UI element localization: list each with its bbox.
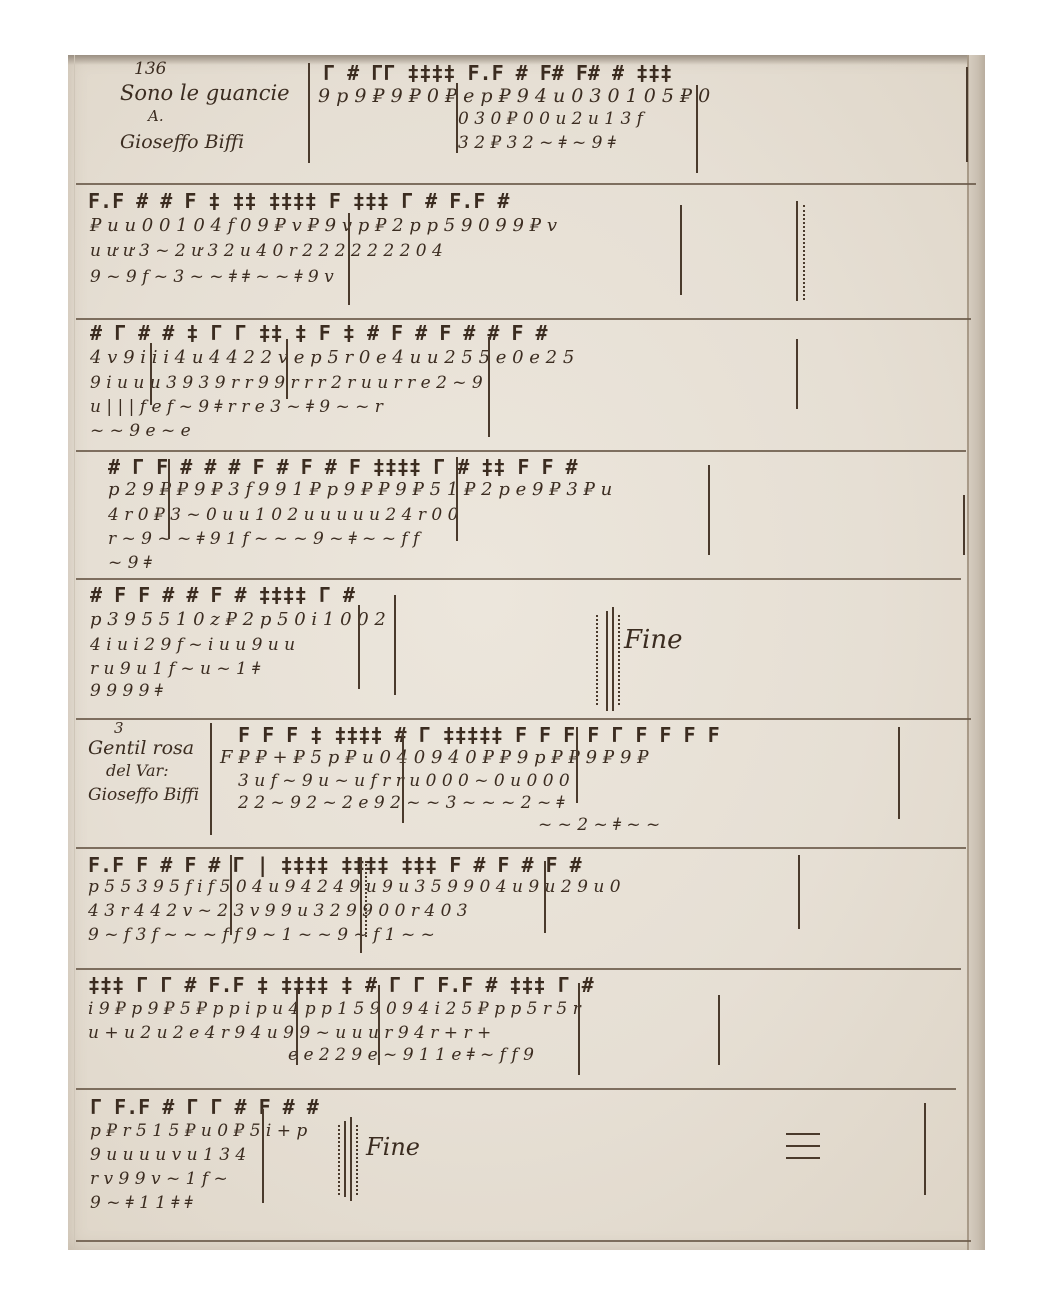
- final-barline: [344, 1121, 346, 1197]
- barline: [924, 1103, 926, 1195]
- system-divider: [76, 1088, 956, 1090]
- tab-row: r u 9 u 1 f ~ u ~ 1 ǂ: [90, 659, 260, 679]
- tab-row: ~ ~ 9 e ~ e: [90, 421, 191, 441]
- tab-row: ₽ u u 0 0 1 0 4 f 0 9 ₽ v ₽ 9 v p ₽ 2 p …: [90, 215, 557, 236]
- repeat-dots: [618, 615, 622, 705]
- tab-row: 4 i u i 2 9 f ~ i u u 9 u u: [90, 635, 295, 655]
- tab-row: 4 3 r 4 4 2 v ~ 2 3 v 9 9 u 3 2 9 9 0 0 …: [88, 901, 468, 921]
- tab-row: 9 ~ f 3 f ~ ~ ~ f f 9 ~ 1 ~ ~ 9 ~ f 1 ~ …: [88, 925, 435, 945]
- rhythm-flags: F.F F # F # Γ | ‡‡‡‡ ‡‡‡‡ ‡‡‡ F # F # F …: [88, 853, 582, 877]
- tab-row: p 5 5 3 9 5 f i f 5 0 4 u 9 4 2 4 9 u 9 …: [88, 877, 621, 897]
- barline: [796, 339, 798, 409]
- barline: [798, 855, 800, 929]
- left-margin-line: [74, 55, 75, 1250]
- tab-row: ~ ~ 2 ~ ǂ ~ ~: [538, 815, 660, 835]
- tab-row: 9 ~ ǂ 1 1 ǂ ǂ: [90, 1193, 193, 1213]
- page-gutter: [967, 55, 985, 1250]
- attribution-prefix: A.: [148, 107, 164, 125]
- barline: [358, 605, 360, 689]
- piece-title: Sono le guancie: [120, 81, 290, 105]
- tab-row: u + u 2 u 2 e 4 r 9 4 u 9 9 ~ u u u r 9 …: [88, 1023, 491, 1043]
- gutter-edge: [967, 55, 969, 1250]
- barline: [696, 85, 698, 173]
- repeat-dots: [356, 1125, 360, 1195]
- barline: [488, 337, 490, 437]
- barline: [456, 457, 458, 541]
- tab-row: p 2 9 ₽ ₽ 9 ₽ 3 f 9 9 1 ₽ p 9 ₽ ₽ 9 ₽ 5 …: [108, 479, 612, 500]
- tab-row: 3 u f ~ 9 u ~ u f r r u 0 0 0 ~ 0 u 0 0 …: [238, 771, 570, 791]
- rhythm-flags: # F F # # F # ‡‡‡‡ Γ #: [90, 583, 355, 607]
- rhythm-flags: Γ # ΓΓ ‡‡‡‡ F.F # F# F# # ‡‡‡: [323, 61, 672, 85]
- barline: [966, 67, 968, 162]
- tab-row: r ~ 9 ~ ~ ǂ 9 1 f ~ ~ ~ 9 ~ ǂ ~ ~ f f: [108, 529, 419, 549]
- final-barline: [612, 607, 614, 711]
- tab-row: ~ 9 ǂ: [108, 553, 152, 573]
- tab-row: 4 r 0 ₽ 3 ~ 0 u u 1 0 2 u u u u u 2 4 r …: [108, 505, 458, 525]
- tab-row: u ư ư 3 ~ 2 ư 3 2 u 4 0 r 2 2 2 2 2 2 2 …: [90, 241, 443, 261]
- system-divider: [76, 318, 971, 320]
- tab-row: 0 3 0 ₽ 0 0 u 2 u 1 3 f: [458, 109, 643, 129]
- barline: [576, 727, 578, 803]
- tab-row: 9 ~ 9 f ~ 3 ~ ~ ǂ ǂ ~ ~ ǂ 9 v: [90, 267, 334, 287]
- fine-flourish: Fine: [624, 625, 683, 655]
- repeat-dots: [803, 205, 807, 300]
- system-divider: [76, 450, 966, 452]
- rhythm-flags: F F F ‡ ‡‡‡‡ # Γ ‡‡‡‡‡ F F F F Γ F F F F: [238, 723, 720, 747]
- strike-mark: [786, 1157, 820, 1159]
- barline: [348, 213, 350, 305]
- barline: [963, 495, 965, 555]
- piece-subtitle: del Var:: [106, 761, 169, 780]
- tab-row: 9 p 9 ₽ 9 ₽ 0 ₽ e p ₽ 9 4 u 0 3 0 1 0 5 …: [318, 85, 710, 107]
- barline: [230, 855, 232, 935]
- barline: [168, 459, 170, 539]
- tab-row: F ₽ ₽ + ₽ 5 p ₽ u 0 4 0 9 4 0 ₽ ₽ 9 p ₽ …: [220, 747, 649, 768]
- piece-number: 3: [114, 719, 124, 737]
- opening-barline: [210, 723, 212, 835]
- system-divider: [76, 1240, 971, 1242]
- tab-row: 3 2 ₽ 3 2 ~ ǂ ~ 9 ǂ: [458, 133, 616, 153]
- rhythm-flags: # Γ F # # # F # F # F ‡‡‡‡ Γ # ‡‡ F F #: [108, 455, 578, 479]
- barline: [796, 201, 798, 301]
- fine-flourish: Fine: [366, 1133, 420, 1161]
- system-divider: [76, 578, 961, 580]
- barline: [262, 1109, 264, 1203]
- repeat-dots: [338, 1125, 342, 1195]
- strike-mark: [786, 1133, 820, 1135]
- tab-row: p 3 9 5 5 1 0 z ₽ 2 p 5 0 i 1 0 0 2: [90, 609, 386, 630]
- barline: [718, 995, 720, 1065]
- final-barline: [606, 611, 608, 711]
- barline: [578, 983, 580, 1075]
- piece-number: 136: [134, 59, 166, 79]
- composer-name: Gioseffo Biffi: [88, 785, 199, 805]
- final-barline: [350, 1117, 352, 1201]
- barline: [394, 595, 396, 695]
- barline: [360, 857, 362, 953]
- system-divider: [76, 718, 971, 720]
- tab-row: e e 2 2 9 e ~ 9 1 1 e ǂ ~ f f 9: [288, 1045, 534, 1065]
- tab-row: 9 9 9 9 ǂ: [90, 681, 163, 701]
- barline: [378, 985, 380, 1065]
- repeat-dots: [596, 615, 600, 705]
- barline: [402, 731, 404, 823]
- barline: [150, 343, 152, 405]
- strike-mark: [786, 1145, 820, 1147]
- piece-title: Gentil rosa: [88, 737, 194, 759]
- barline: [544, 861, 546, 933]
- system-divider: [76, 183, 976, 185]
- barline: [708, 465, 710, 555]
- barline: [680, 205, 682, 295]
- tab-row: 4 v 9 i i i 4 u 4 4 2 2 v e p 5 r 0 e 4 …: [90, 347, 574, 368]
- system-divider: [76, 968, 961, 970]
- barline: [296, 990, 298, 1065]
- tab-row: i 9 ₽ p 9 ₽ 5 ₽ p p i p u 4 p p 1 5 9 0 …: [88, 999, 581, 1019]
- rhythm-flags: ‡‡‡ Γ Γ # F.F ‡ ‡‡‡‡ ‡ # Γ Γ F.F # ‡‡‡ Γ…: [88, 973, 594, 997]
- composer-name: Gioseffo Biffi: [120, 131, 244, 153]
- repeat-dots: [365, 861, 369, 937]
- rhythm-flags: Γ F.F # Γ Γ # F # #: [90, 1095, 319, 1119]
- system-divider: [76, 847, 966, 849]
- barline: [898, 727, 900, 819]
- tab-row: p ₽ r 5 1 5 ₽ u 0 ₽ 5 i + p: [90, 1121, 307, 1141]
- barline: [286, 339, 288, 399]
- manuscript-page: 136 Sono le guancie A. Gioseffo Biffi Γ …: [68, 55, 985, 1250]
- rhythm-flags: # Γ # # ‡ Γ Γ ‡‡ ‡ F ‡ # F # F # # F #: [90, 321, 548, 345]
- tab-row: r v 9 9 v ~ 1 f ~: [90, 1169, 228, 1189]
- tab-row: u | | | f e f ~ 9 ǂ r r e 3 ~ ǂ 9 ~ ~ r: [90, 397, 383, 417]
- rhythm-flags: F.F # # F ‡ ‡‡ ‡‡‡‡ F ‡‡‡ Γ # F.F #: [88, 189, 509, 213]
- barline: [456, 83, 458, 153]
- tab-row: 9 u u u u v u 1 3 4: [90, 1145, 246, 1165]
- opening-barline: [308, 63, 310, 163]
